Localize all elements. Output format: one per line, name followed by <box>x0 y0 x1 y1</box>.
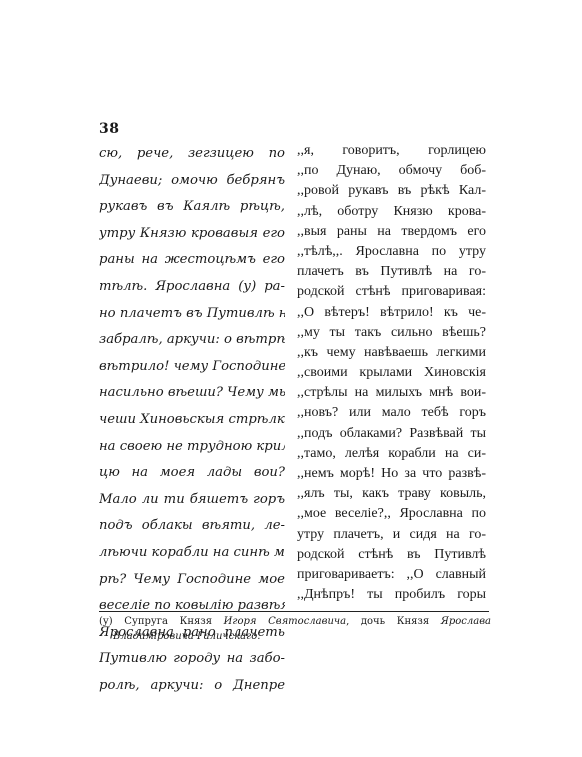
text-line: подъ облакы вѣяти, ле- <box>99 513 285 540</box>
text-line: ,,къ чему навѣваешь легкими <box>297 343 486 363</box>
text-line: родской стѣнѣ въ Путивлѣ <box>297 545 486 565</box>
text-line: ,,ялъ ты, какъ траву ковыль, <box>297 484 486 504</box>
footnote-name-igor: Игоря Святославича <box>224 616 346 627</box>
text-line: ,,по Дунаю, обмочу боб- <box>297 161 486 181</box>
text-line: утру плачетъ, и сидя на го- <box>297 525 486 545</box>
text-line: чеши Хиновьскыя стрѣлкы <box>99 407 285 434</box>
text-line: приговариваетъ: ,,О славный <box>297 565 486 585</box>
footnote-divider <box>99 611 489 612</box>
text-line: рукавъ въ Каялѣ рѣцѣ, <box>99 194 285 221</box>
text-line: цю на моея лады вои? <box>99 460 285 487</box>
text-line: рѣ? Чему Господине мое <box>99 567 285 594</box>
page-number: 38 <box>99 121 119 137</box>
footnote-line-1: (у) Супруга Князя Игоря Святославича, до… <box>99 614 491 629</box>
footnote-text: , дочь Князя <box>346 616 441 627</box>
text-line: вѣтрило! чему Господине <box>99 354 285 381</box>
text-line: ,,тамо, лелѣя корабли на си- <box>297 444 486 464</box>
text-line: ,,я, говоритъ, горлицею <box>297 141 486 161</box>
text-line: ,,Днѣпръ! ты пробилъ горы <box>297 585 486 605</box>
text-line: на своею не трудною крил- <box>99 434 285 461</box>
text-line: ,,тѣлѣ,,. Ярославна по утру <box>297 242 486 262</box>
text-line: ,,стрѣлы на милыхъ мнѣ вои- <box>297 383 486 403</box>
footnote-line-2: Владиміровича Галичскаго. <box>99 629 491 644</box>
text-line: раны на жестоцѣмъ его <box>99 247 285 274</box>
text-line: родской стѣнѣ приговаривая: <box>297 282 486 302</box>
text-line: ,,ровой рукавъ въ рѣкѣ Кал- <box>297 181 486 201</box>
footnote: (у) Супруга Князя Игоря Святославича, до… <box>99 614 491 644</box>
text-line: но плачетъ въ Путивлѣ на <box>99 301 285 328</box>
text-line: ,,выя раны на твердомъ его <box>297 222 486 242</box>
text-line: утру Князю кровавыя его <box>99 221 285 248</box>
text-line: Дунаеви; омочю бебрянъ <box>99 168 285 195</box>
text-line: ,,подъ облаками? Развѣвай ты <box>297 424 486 444</box>
text-line: Мало ли ти бяшетъ горъ <box>99 487 285 514</box>
text-line: тѣлѣ. Ярославна (у) ра- <box>99 274 285 301</box>
footnote-text: (у) Супруга Князя <box>99 616 224 627</box>
text-line: ,,му ты такъ сильно вѣешь? <box>297 323 486 343</box>
footnote-name-yaroslav: Ярослава <box>441 616 491 627</box>
text-line: насильно вѣеши? Чему мы- <box>99 380 285 407</box>
text-line: ,,О вѣтеръ! вѣтрило! къ че- <box>297 303 486 323</box>
text-line: лѣючи корабли на синѣ мо- <box>99 540 285 567</box>
text-line: Путивлю городу на забо- <box>99 646 285 673</box>
text-line: ролѣ, аркучи: о Днепре <box>99 673 285 700</box>
text-line: ,,мое веселіе?,, Ярославна по <box>297 504 486 524</box>
text-line: сю, рече, зегзицею по <box>99 141 285 168</box>
text-line: плачетъ въ Путивлѣ на го- <box>297 262 486 282</box>
text-line: ,,немъ морѣ! Но за что развѣ- <box>297 464 486 484</box>
text-line: ,,лѣ, оботру Князю крова- <box>297 202 486 222</box>
text-line: ,,своими крылами Хиновскія <box>297 363 486 383</box>
text-line: забралѣ, аркучи: о вѣтрѣ! <box>99 327 285 354</box>
right-column-translation-text: ,,я, говоритъ, горлицею ,,по Дунаю, обмо… <box>297 141 486 605</box>
text-line: ,,новъ? или мало тебѣ горъ <box>297 403 486 423</box>
